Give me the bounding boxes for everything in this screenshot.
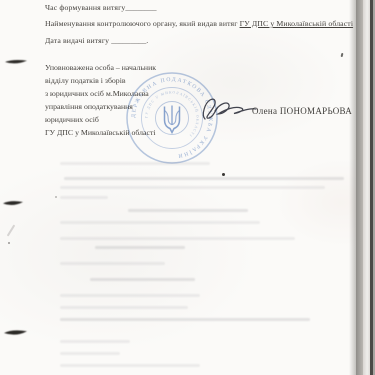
field-time-blank: ________ xyxy=(125,3,156,12)
bleedthrough-line xyxy=(90,278,195,281)
field-authority-value: ГУ ДПС у Миколаївській області xyxy=(240,19,354,28)
bleedthrough-line xyxy=(60,262,165,265)
bleedthrough-line xyxy=(60,162,210,165)
bleedthrough-line xyxy=(60,294,200,297)
bleedthrough-line xyxy=(60,237,295,240)
bleedthrough-line xyxy=(60,352,120,355)
binder-mark xyxy=(4,328,28,338)
field-date-label: Дата видачі витягу xyxy=(45,36,109,45)
bleedthrough-line xyxy=(128,209,248,212)
bleedthrough-line xyxy=(95,246,185,249)
bleedthrough-line xyxy=(60,340,130,343)
field-time-label: Час формування витягу xyxy=(45,3,125,12)
trident-icon xyxy=(165,106,180,133)
bleedthrough-line xyxy=(60,221,260,224)
scan-speck xyxy=(341,53,344,57)
scanned-document-page: Час формування витягу________ Найменуван… xyxy=(0,0,375,375)
binder-mark xyxy=(5,58,28,66)
page-edge-band xyxy=(356,0,363,375)
page-edge-highlight xyxy=(363,0,370,375)
signatory-name: Олена ПОНОМАРЬОВА xyxy=(252,106,352,116)
scan-speck xyxy=(55,196,57,198)
field-issue-date: Дата видачі витягу _________. xyxy=(45,36,148,45)
scan-smudge xyxy=(7,224,16,236)
field-authority-label: Найменування контролюючого органу, який … xyxy=(45,19,238,28)
bleedthrough-line xyxy=(60,318,310,321)
bleedthrough-line xyxy=(60,364,200,367)
scan-speck xyxy=(8,242,10,244)
page-edge-shadow xyxy=(349,0,356,375)
field-authority: Найменування контролюючого органу, який … xyxy=(45,19,353,28)
bleedthrough-line xyxy=(64,177,344,180)
scan-speck xyxy=(222,173,225,176)
bleedthrough-line xyxy=(60,306,188,309)
field-date-blank: _________. xyxy=(111,36,148,45)
binder-mark xyxy=(3,199,24,208)
signature-scribble xyxy=(199,93,259,127)
bleedthrough-line xyxy=(60,186,325,189)
field-time-of-formation: Час формування витягу________ xyxy=(45,3,157,12)
bleedthrough-line xyxy=(60,196,108,199)
